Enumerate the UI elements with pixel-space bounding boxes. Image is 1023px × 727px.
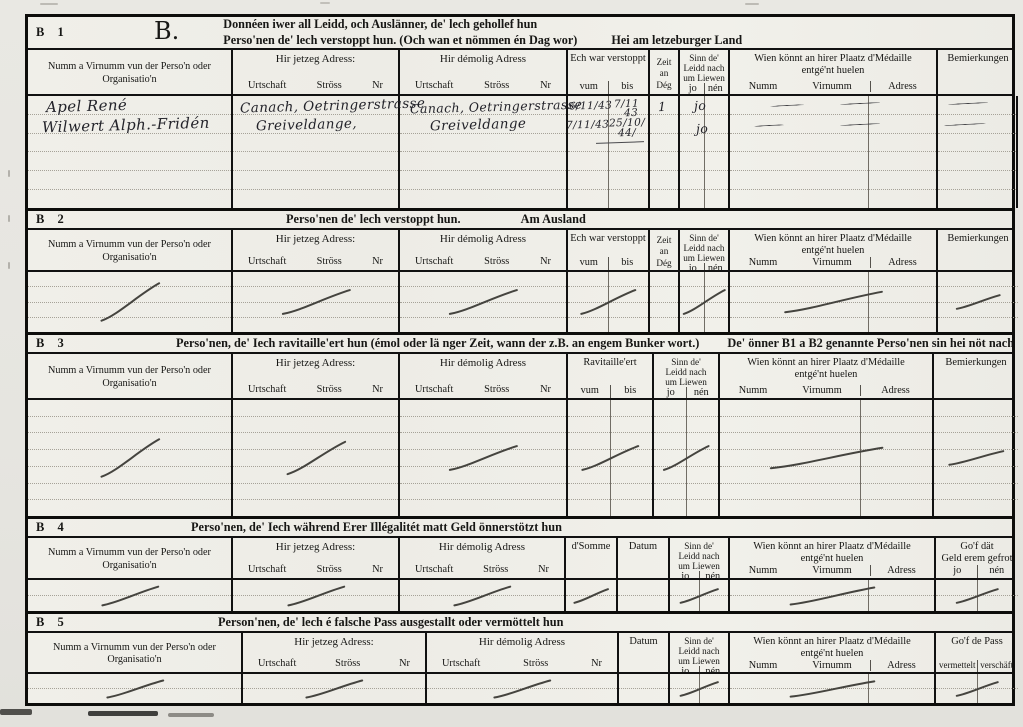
b3-cell-name (28, 400, 233, 516)
stross-label: Ströss (523, 658, 548, 669)
nen-label: nén (686, 387, 717, 398)
b3-col-bemierkungen: Bemierkungen (934, 354, 1018, 398)
b2-col-zeit: ZeitanDég (650, 230, 680, 270)
b2-col-sinn: Sinn de'Leidd nachum Liewen jonén (680, 230, 730, 270)
b5-col-datum: Datum (619, 633, 670, 672)
demolig-label: Hir démolig Adress (440, 233, 526, 246)
zeit-label-1: Zeit (657, 57, 672, 67)
section-b1: B 1 B. Donnéen iwer all Leidd, och Auslä… (28, 17, 1012, 211)
strike-mark (766, 446, 886, 470)
sinn-label-3: um Liewen (683, 73, 725, 83)
zeit-label-2: an (660, 246, 669, 256)
b3-cell-jetzeg (233, 400, 400, 516)
b1-title: Donnéen iwer all Leidd, och Auslänner, d… (223, 17, 742, 48)
wien-sublabels: NummVirnummAdress (732, 81, 934, 94)
b1-title-line2b: Hei am letzeburger Land (611, 33, 742, 47)
name-col-label: Numm a Virnumm vun der Perso'n oder Orga… (30, 239, 229, 263)
b2-titlebar: B 2 Perso'nen de' lech verstoppt hun. Am… (28, 211, 1012, 230)
b2-col-demolig: Hir démolig Adress UrtschaftStrössNr (400, 230, 568, 270)
strike-mark (679, 681, 719, 697)
strike-mark (955, 588, 999, 604)
strike-mark (781, 290, 885, 314)
wien-sublabels: NummVirnummAdress (732, 257, 934, 270)
nen-label: nén (704, 83, 727, 94)
strike-mark (947, 450, 1005, 466)
section-b4: B 4 Perso'nen, de' Iech während Erer Ill… (28, 519, 1012, 614)
b1-col-jetzeg: Hir jetzeg Adress: UrtschaftStrössNr (233, 50, 400, 94)
nr-label: Nr (372, 256, 383, 267)
wien-label: Wien könnt an hirer Plaatz d'Médailleent… (747, 357, 905, 381)
b1-col-demolig: Hir démolig Adress UrtschaftStrössNr (400, 50, 568, 94)
b5-col-gof: Go'f de Pass vermetteltverschäft (936, 633, 1018, 672)
b2-col-jetzeg: Hir jetzeg Adress: UrtschaftStrössNr (233, 230, 400, 270)
bis-label: bis (608, 257, 647, 270)
b3-col-sinn: Sinn de'Leidd nachum Liewen jonén (654, 354, 720, 398)
b1-col-verstoppt: Ech war verstoppt vumbis (568, 50, 650, 94)
b5-cell-gof (936, 674, 1018, 703)
address-sublabels: UrtschaftStrössNr (235, 80, 396, 94)
b3-title: Perso'nen, de' Iech ravitaille'ert hun (… (176, 336, 699, 351)
stross-label: Ströss (483, 564, 508, 575)
wien-label-2: entgé'nt huelen (754, 245, 912, 257)
name-col-label: Numm a Virnumm vun der Perso'n oder Orga… (30, 61, 229, 85)
jetzeg-label: Hir jetzeg Adress: (276, 53, 355, 66)
urtschaft-label: Urtschaft (442, 658, 480, 669)
stross-label: Ströss (317, 564, 342, 575)
b4-col-sinn: Sinn de'Leidd nachum Liewen jonén (670, 538, 730, 578)
b3-section-id: B 3 (36, 336, 146, 351)
b5-body (28, 674, 1012, 703)
name-col-label: Numm a Virnumm vun der Perso'n oder Orga… (30, 547, 229, 571)
nr-label: Nr (372, 564, 383, 575)
address-sublabels: UrtschaftStrössNr (245, 658, 423, 672)
nen-label: nén (699, 666, 727, 672)
b1-cell-wien (730, 96, 938, 208)
b3-cell-sinn (654, 400, 720, 516)
jo-nen-sublabels: jonén (672, 571, 726, 578)
nen-label: nén (704, 263, 727, 270)
b4-title: Perso'nen, de' Iech während Erer Illégal… (191, 520, 562, 535)
strike-mark (99, 280, 161, 324)
bis-label: bis (608, 81, 647, 94)
datum-label: Datum (629, 636, 657, 648)
b2-body (28, 272, 1012, 332)
adress-label: Adress (860, 385, 930, 396)
stross-label: Ströss (317, 384, 342, 395)
jo-label: jo (682, 83, 704, 94)
b3-titlebar: B 3 Perso'nen, de' Iech ravitaille'ert h… (28, 335, 1012, 354)
ruled-lines (233, 96, 398, 208)
strike-mark (452, 585, 512, 607)
jo-nen-sublabels: jonén (938, 565, 1016, 578)
zeit-label-1: Zeit (657, 235, 672, 245)
b3-col-demolig: Hir démolig Adress UrtschaftStrössNr (400, 354, 568, 398)
b2-section-id: B 2 (36, 212, 146, 227)
nen-label: nén (977, 565, 1017, 578)
section-b5: B 5 Person'nen, de' lech é falsche Pass … (28, 614, 1012, 703)
wien-label-1: Wien könnt an hirer Plaatz d'Médaille (754, 53, 912, 65)
ruled-lines (650, 272, 678, 332)
b2-col-verstoppt: Ech war verstoppt vumbis (568, 230, 650, 270)
nr-label: Nr (540, 256, 551, 267)
nr-label: Nr (538, 564, 549, 575)
b5-col-sinn: Sinn de'Leidd nachum Liewen jonén (670, 633, 730, 672)
strike-mark (280, 288, 352, 316)
b1-cell-sinn (680, 96, 730, 208)
jo-nen-sublabels: jonén (682, 83, 726, 94)
strike-mark (787, 586, 877, 606)
b1-col-sinn: Sinn de'Leidd nachum Liewen jonén (680, 50, 730, 94)
vum-bis-sublabels: vumbis (570, 385, 650, 398)
numm-label: Numm (732, 660, 794, 671)
b2-cell-wien (730, 272, 938, 332)
urtschaft-label: Urtschaft (248, 80, 286, 91)
strike-mark (679, 588, 719, 604)
b3-title-2: De' önner B1 a B2 genannte Perso'nen sin… (727, 336, 1012, 351)
vum-label: vum (570, 385, 610, 398)
virnumm-label: Virnumm (794, 257, 870, 268)
strike-mark (955, 294, 1001, 310)
b4-col-datum: Datum (618, 538, 670, 578)
b4-col-name: Numm a Virnumm vun der Perso'n oder Orga… (28, 538, 233, 578)
b3-col-name: Numm a Virnumm vun der Perso'n oder Orga… (28, 354, 233, 398)
strike-mark (787, 680, 877, 698)
jo-nen-sublabels: jonén (672, 666, 726, 672)
strike-mark (100, 585, 160, 607)
b2-cell-zeit (650, 272, 680, 332)
b5-col-name: Numm a Virnumm vun der Perso'n oder Orga… (28, 633, 243, 672)
b4-col-gof: Go'f dätGeld erem gefrot jonén (936, 538, 1018, 578)
urtschaft-label: Urtschaft (248, 256, 286, 267)
strike-mark (304, 679, 364, 699)
b5-col-wien: Wien könnt an hirer Plaatz d'Médailleent… (730, 633, 936, 672)
numm-label: Numm (732, 257, 794, 268)
b1-big-letter: B. (154, 17, 179, 45)
strike-mark (447, 444, 519, 472)
b3-col-wien: Wien könnt an hirer Plaatz d'Médailleent… (720, 354, 934, 398)
demolig-label: Hir démolig Adress (439, 541, 525, 554)
b4-cell-gof (936, 580, 1018, 611)
adress-label: Adress (870, 660, 932, 671)
demolig-label: Hir démolig Adress (440, 357, 526, 370)
address-sublabels: UrtschaftStrössNr (235, 384, 396, 398)
b4-col-wien: Wien könnt an hirer Plaatz d'Médailleent… (730, 538, 936, 578)
b3-column-headers: Numm a Virnumm vun der Perso'n oder Orga… (28, 354, 1012, 400)
stross-label: Ströss (484, 256, 509, 267)
b1-title-line1: Donnéen iwer all Leidd, och Auslänner, d… (223, 17, 742, 33)
scan-artifact (8, 170, 10, 177)
b4-col-demolig: Hir démolig Adress UrtschaftStrössNr (400, 538, 566, 578)
wien-label-1: Wien könnt an hirer Plaatz d'Médaille (753, 541, 911, 553)
demolig-label: Hir démolig Adress (440, 53, 526, 66)
address-sublabels: UrtschaftStrössNr (402, 384, 564, 398)
virnumm-label: Virnumm (794, 81, 870, 92)
b3-cell-bemierkungen (934, 400, 1018, 516)
adress-label: Adress (870, 81, 934, 92)
b5-titlebar: B 5 Person'nen, de' lech é falsche Pass … (28, 614, 1012, 633)
b1-col-name: Numm a Virnumm vun der Perso'n oder Orga… (28, 50, 233, 94)
b1-col-bemierkungen: Bemierkungen (938, 50, 1018, 94)
ruled-lines (618, 580, 668, 611)
strike-mark (580, 444, 640, 472)
nr-label: Nr (372, 80, 383, 91)
column-divider (868, 96, 869, 208)
b4-titlebar: B 4 Perso'nen, de' Iech während Erer Ill… (28, 519, 1012, 538)
b1-cell-demolig (400, 96, 568, 208)
b4-cell-somme (566, 580, 618, 611)
sinn-label-1: Sinn de' (678, 541, 720, 551)
jo-label: jo (656, 387, 686, 398)
b4-section-id: B 4 (36, 520, 146, 535)
vum-label: vum (570, 81, 608, 94)
numm-label: Numm (722, 385, 784, 396)
gof-pass-label: Go'f de Pass (951, 636, 1003, 648)
scan-artifact (40, 3, 58, 5)
scan-artifact (0, 709, 32, 715)
b3-cell-wien (720, 400, 934, 516)
b4-cell-name (28, 580, 233, 611)
b1-title-line2: Perso'nen de' lech verstoppt hun. (Och w… (223, 33, 742, 49)
wien-label-2: entgé'nt huelen (753, 648, 911, 660)
b2-col-bemierkungen: Bemierkungen (938, 230, 1018, 270)
sinn-label-3: um Liewen (678, 561, 720, 571)
sinn-label: Sinn de'Leidd nachum Liewen (678, 541, 720, 571)
stross-label: Ströss (484, 384, 509, 395)
sinn-label-3: um Liewen (665, 377, 707, 387)
strike-mark (579, 288, 637, 316)
jo-label: jo (672, 666, 699, 672)
urtschaft-label: Urtschaft (248, 564, 286, 575)
echwar-label: Ech war verstoppt (570, 53, 646, 65)
wien-label-1: Wien könnt an hirer Plaatz d'Médaille (747, 357, 905, 369)
ravit-label: Ravitaille'ert (583, 357, 636, 369)
b5-column-headers: Numm a Virnumm vun der Perso'n oder Orga… (28, 633, 1012, 674)
sinn-label-1: Sinn de' (665, 357, 707, 367)
sinn-label-3: um Liewen (683, 253, 725, 263)
bemierkungen-label: Bemierkungen (947, 53, 1008, 65)
pass-sublabels: vermetteltverschäft (938, 660, 1016, 672)
b5-col-jetzeg: Hir jetzeg Adress: UrtschaftStrössNr (243, 633, 427, 672)
zeit-label-2: an (660, 68, 669, 78)
jetzeg-label: Hir jetzeg Adress: (276, 357, 355, 370)
b2-cell-sinn (680, 272, 730, 332)
b1-cell-zeit (650, 96, 680, 208)
strike-mark (447, 288, 519, 316)
sinn-label: Sinn de'Leidd nachum Liewen (678, 636, 720, 666)
ruled-lines (28, 96, 231, 208)
b5-section-id: B 5 (36, 615, 146, 630)
scan-artifact (88, 711, 158, 716)
b4-cell-sinn (670, 580, 730, 611)
stross-label: Ströss (317, 80, 342, 91)
urtschaft-label: Urtschaft (248, 384, 286, 395)
wien-label-1: Wien könnt an hirer Plaatz d'Médaille (754, 233, 912, 245)
vum-label: vum (570, 257, 608, 270)
bemierkungen-label: Bemierkungen (945, 357, 1006, 369)
bis-label: bis (610, 385, 651, 398)
b5-cell-sinn (670, 674, 730, 703)
stross-label: Ströss (317, 256, 342, 267)
stross-label: Ströss (335, 658, 360, 669)
strike-mark (286, 585, 346, 607)
strike-mark (492, 679, 552, 699)
numm-label: Numm (732, 565, 794, 576)
nr-label: Nr (540, 384, 551, 395)
b5-cell-demolig (427, 674, 619, 703)
b2-cell-bemierkungen (938, 272, 1018, 332)
strike-mark (99, 436, 161, 480)
wien-label-2: entgé'nt huelen (754, 65, 912, 77)
b3-body (28, 400, 1012, 516)
gof-label-2: Geld erem gefrot (942, 553, 1013, 565)
jetzeg-label: Hir jetzeg Adress: (294, 636, 373, 649)
wien-label-1: Wien könnt an hirer Plaatz d'Médaille (753, 636, 911, 648)
sinn-label: Sinn de'Leidd nachum Liewen (683, 53, 725, 83)
ruled-lines (650, 96, 678, 208)
sinn-label-3: um Liewen (678, 656, 720, 666)
nr-label: Nr (399, 658, 410, 669)
bemierkungen-label: Bemierkungen (947, 233, 1008, 245)
nen-label: nén (699, 571, 727, 578)
b2-column-headers: Numm a Virnumm vun der Perso'n oder Orga… (28, 230, 1012, 272)
b4-body (28, 580, 1012, 611)
virnumm-label: Virnumm (784, 385, 860, 396)
address-sublabels: UrtschaftStrössNr (235, 564, 396, 578)
urtschaft-label: Urtschaft (258, 658, 296, 669)
echwar-label: Ech war verstoppt (570, 233, 646, 245)
ruled-lines (619, 674, 668, 703)
b4-cell-wien (730, 580, 936, 611)
section-b3: B 3 Perso'nen, de' Iech ravitaille'ert h… (28, 335, 1012, 519)
b2-title-right: Am Ausland (521, 212, 586, 227)
address-sublabels: UrtschaftStrössNr (235, 256, 396, 270)
strike-mark (285, 439, 347, 477)
b4-cell-datum (618, 580, 670, 611)
virnumm-label: Virnumm (794, 565, 870, 576)
wien-label-2: entgé'nt huelen (753, 553, 911, 565)
b2-col-name: Numm a Virnumm vun der Perso'n oder Orga… (28, 230, 233, 270)
b3-col-jetzeg: Hir jetzeg Adress: UrtschaftStrössNr (233, 354, 400, 398)
urtschaft-label: Urtschaft (415, 384, 453, 395)
vum-bis-sublabels: vumbis (570, 81, 646, 94)
sinn-label: Sinn de'Leidd nachum Liewen (665, 357, 707, 387)
adress-label: Adress (870, 565, 932, 576)
demolig-label: Hir démolig Adress (479, 636, 565, 649)
b1-col-wien: Wien könnt an hirer Plaatz d'Médailleent… (730, 50, 938, 94)
b5-cell-name (28, 674, 243, 703)
section-b2: B 2 Perso'nen de' lech verstoppt hun. Am… (28, 211, 1012, 335)
address-sublabels: UrtschaftStrössNr (429, 658, 615, 672)
form-b: B 1 B. Donnéen iwer all Leidd, och Auslä… (25, 14, 1015, 706)
scan-artifact (8, 262, 10, 269)
name-col-label: Numm a Virnumm vun der Perso'n oder Orga… (30, 365, 229, 389)
sinn-label-1: Sinn de' (678, 636, 720, 646)
b5-cell-wien (730, 674, 936, 703)
b3-cell-ravitailleert (568, 400, 654, 516)
b1-titlebar: B 1 B. Donnéen iwer all Leidd, och Auslä… (28, 17, 1012, 50)
jetzeg-label: Hir jetzeg Adress: (276, 541, 355, 554)
strike-mark (682, 288, 726, 316)
wien-label: Wien könnt an hirer Plaatz d'Médailleent… (754, 53, 912, 77)
scanned-form-page: B 1 B. Donnéen iwer all Leidd, och Auslä… (0, 0, 1023, 727)
b5-title: Person'nen, de' lech é falsche Pass ausg… (218, 615, 563, 630)
b1-column-headers: Numm a Virnumm vun der Perso'n oder Orga… (28, 50, 1012, 96)
b4-column-headers: Numm a Virnumm vun der Perso'n oder Orga… (28, 538, 1012, 580)
column-divider (704, 96, 705, 208)
adress-label: Adress (870, 257, 934, 268)
scan-artifact (168, 713, 214, 717)
wien-label: Wien könnt an hirer Plaatz d'Médailleent… (753, 541, 911, 565)
nr-label: Nr (540, 80, 551, 91)
urtschaft-label: Urtschaft (415, 256, 453, 267)
b2-cell-verstoppt (568, 272, 650, 332)
zeit-label-3: Dég (656, 258, 671, 268)
urtschaft-label: Urtschaft (415, 564, 453, 575)
sinn-label-2: Leidd nach (678, 551, 720, 561)
vum-bis-sublabels: vumbis (570, 257, 646, 270)
b4-cell-demolig (400, 580, 566, 611)
jo-label: jo (672, 571, 699, 578)
jo-nen-sublabels: jonén (656, 387, 716, 398)
vermettelt-label: vermettelt (938, 660, 977, 672)
b1-body: Apel René Canach, Oetringerstrasse Canac… (28, 96, 1012, 208)
jetzeg-label: Hir jetzeg Adress: (276, 233, 355, 246)
b1-cell-jetzeg (233, 96, 400, 208)
b1-section-id: B 1 (36, 25, 146, 40)
address-sublabels: UrtschaftStrössNr (402, 80, 564, 94)
wien-sublabels: NummVirnummAdress (732, 660, 932, 672)
b2-title: Perso'nen de' lech verstoppt hun. (286, 212, 461, 227)
scan-artifact (745, 3, 759, 5)
b5-cell-datum (619, 674, 670, 703)
b5-col-demolig: Hir démolig Adress UrtschaftStrössNr (427, 633, 619, 672)
scan-artifact (8, 215, 10, 222)
b2-cell-demolig (400, 272, 568, 332)
b1-cell-name (28, 96, 233, 208)
b4-col-jetzeg: Hir jetzeg Adress: UrtschaftStrössNr (233, 538, 400, 578)
column-divider (608, 96, 609, 208)
gof-label-1: Go'f dät (942, 541, 1013, 553)
ruled-lines (730, 96, 936, 208)
numm-label: Numm (732, 81, 794, 92)
wien-sublabels: NummVirnummAdress (722, 385, 930, 398)
gof-label: Go'f dätGeld erem gefrot (942, 541, 1013, 565)
datum-label: Datum (629, 541, 657, 553)
jo-label: jo (938, 565, 977, 578)
b1-col-zeit: ZeitanDég (650, 50, 680, 94)
urtschaft-label: Urtschaft (415, 80, 453, 91)
strike-mark (662, 444, 710, 472)
b4-cell-jetzeg (233, 580, 400, 611)
wien-label: Wien könnt an hirer Plaatz d'Médailleent… (753, 636, 911, 660)
b3-cell-demolig (400, 400, 568, 516)
b1-cell-bemierkungen (938, 96, 1018, 208)
b1-title-line2a: Perso'nen de' lech verstoppt hun. (Och w… (223, 33, 577, 47)
nr-label: Nr (591, 658, 602, 669)
sinn-label-2: Leidd nach (683, 63, 725, 73)
b2-cell-name (28, 272, 233, 332)
b4-col-somme: d'Somme (566, 538, 618, 578)
sinn-label-1: Sinn de' (683, 233, 725, 243)
wien-sublabels: NummVirnummAdress (732, 565, 932, 578)
wien-label-2: entgé'nt huelen (747, 369, 905, 381)
sinn-label-2: Leidd nach (678, 646, 720, 656)
strike-mark (105, 679, 165, 699)
address-sublabels: UrtschaftStrössNr (402, 564, 562, 578)
scan-artifact (320, 2, 330, 4)
sinn-label-2: Leidd nach (665, 367, 707, 377)
jo-nen-sublabels: jonén (682, 263, 726, 270)
